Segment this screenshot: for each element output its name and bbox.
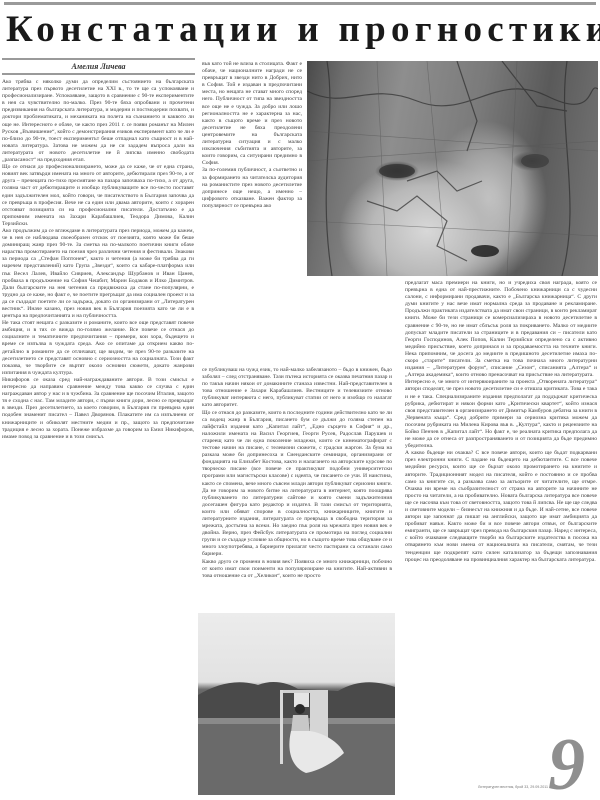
map-lines-overlay: [307, 61, 598, 276]
paragraph: А какво бъдеще ни очаква? С все повече а…: [405, 450, 597, 564]
woman-running-through-door-image: [198, 613, 395, 795]
paragraph: във като той не влиза в столицата. Факт …: [202, 61, 302, 167]
paragraph: За по-големия публичност, а съответно и …: [202, 167, 302, 210]
author-byline: Амелия Личева: [2, 60, 195, 73]
paragraph: Ако трябва с няколко думи да определим с…: [2, 79, 194, 164]
article-column-left: Ако трябва с няколко думи да определим с…: [2, 79, 194, 799]
article-column-right: предлагат маса премиери на книги, но и у…: [405, 280, 597, 735]
paragraph: Никифоров се оказа сред най-награждавани…: [2, 377, 194, 441]
paragraph: се публикуваш на чужд език, то най-малко…: [202, 367, 392, 410]
article-column-middle-lower: се публикуваш на чужд език, то най-малко…: [202, 367, 392, 607]
scene-overlay: [198, 613, 395, 795]
paragraph: Ако продължим да се вглеждаме в литерату…: [2, 228, 194, 320]
footer-publication-note: Литературен вестник, брой 33, 29.09.2011: [478, 785, 548, 789]
paragraph: предлагат маса премиери на книги, но и у…: [405, 280, 597, 379]
article-column-middle-upper: във като той не влиза в столицата. Факт …: [202, 61, 302, 367]
byline-rule-bottom: [2, 73, 195, 75]
map-collage-portrait-image: [307, 61, 598, 276]
paragraph: Не така стоят нещата с разказите и роман…: [2, 320, 194, 377]
paragraph: Интересно е, че много от интервюираните …: [405, 379, 597, 450]
paragraph: Що се отнася до професионализирането, мо…: [2, 164, 194, 228]
paragraph: Какво друго се промени в новия век? Появ…: [202, 559, 392, 580]
page-title: Констатации и прогностики: [6, 8, 596, 52]
page-number: 9: [548, 728, 585, 800]
top-rule: [4, 2, 596, 5]
byline-block: Амелия Личева: [2, 58, 195, 75]
paragraph: Що се отнася до разказите, които в после…: [202, 410, 392, 559]
